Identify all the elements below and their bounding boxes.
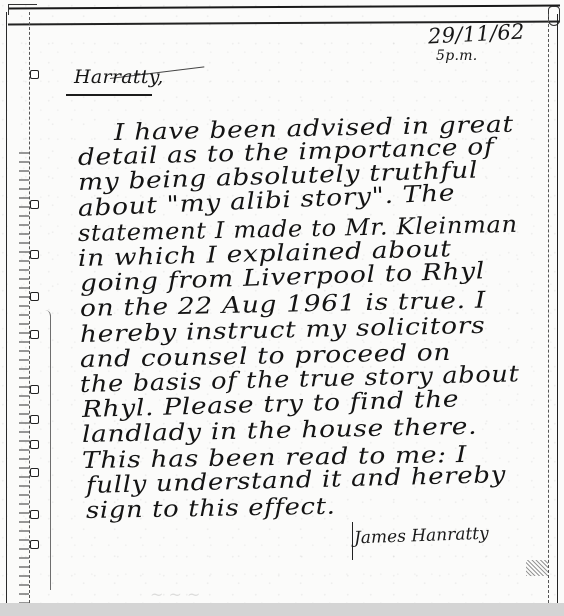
document-date: 29/11/62 bbox=[427, 19, 525, 48]
right-border-lines bbox=[548, 14, 558, 603]
statement-line: sign to this effect. bbox=[86, 494, 336, 524]
reverse-side-bleed-through: ~ ~ ~ bbox=[150, 585, 200, 603]
binder-hole bbox=[30, 292, 39, 301]
scanned-document-page: 29/11/62 5p.m. Harratty, I have been adv… bbox=[0, 0, 564, 603]
signature: James Hanratty bbox=[354, 524, 489, 549]
binder-hole bbox=[30, 200, 39, 209]
salutation: Harratty, bbox=[74, 66, 164, 88]
binder-hole bbox=[30, 70, 39, 79]
document-time: 5p.m. bbox=[436, 48, 478, 64]
binder-hole bbox=[30, 250, 39, 259]
salutation-underline bbox=[66, 94, 152, 96]
torn-paper-edge bbox=[26, 310, 51, 590]
scanner-bottom-edge bbox=[0, 603, 564, 616]
scan-smudge bbox=[526, 560, 548, 576]
